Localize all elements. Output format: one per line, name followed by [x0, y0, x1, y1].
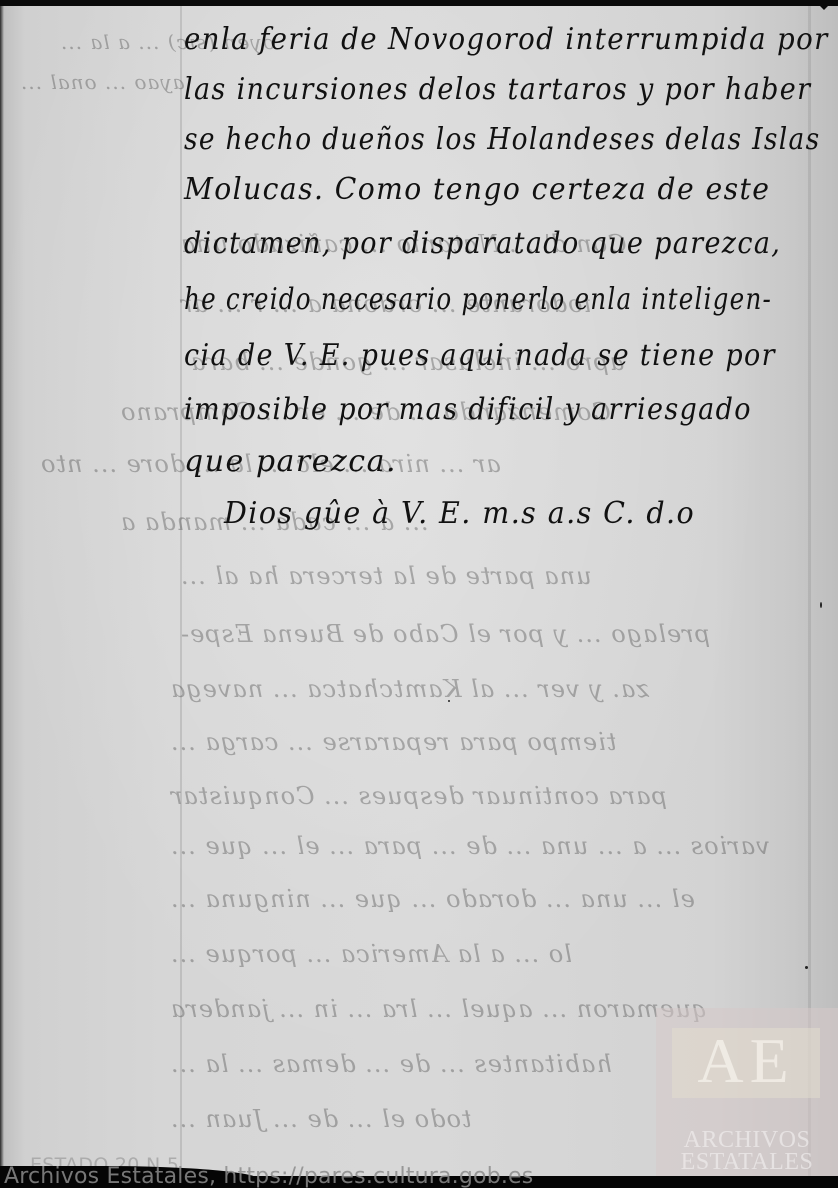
- paper-speck: [820, 602, 822, 608]
- bleed-through-line: todo el ... de ... Juan ...: [170, 1105, 472, 1133]
- manuscript-line: dictamen, por disparatado que parezca,: [184, 226, 781, 261]
- bleed-through-line: quemaron ... aquel ... lra ... in ... ja…: [170, 995, 707, 1023]
- bleed-through-line: ayao ... onal ...: [20, 70, 185, 94]
- watermark-logo-letters: AE: [676, 1026, 816, 1096]
- bleed-through-line: el ... una ... dorado ... que ... ningun…: [170, 885, 695, 913]
- bleed-through-line: za. y ver ... al Kamtchatca ... navega: [170, 675, 649, 703]
- bleed-through-line: habitantes ... de ... demas ... la ...: [170, 1050, 612, 1078]
- manuscript-page: oyen (sic) ... a la ... ayao ... onal ..…: [0, 0, 838, 1188]
- manuscript-line: he creido necesario ponerlo enla intelig…: [184, 282, 772, 317]
- scan-top-border-notch: [814, 0, 834, 10]
- bleed-through-line: para continuar despues ... Conquistar: [170, 782, 667, 810]
- page-left-edge: [0, 0, 4, 1188]
- bleed-through-line: varios ... a ... una ... de ... para ...…: [170, 832, 770, 860]
- bleed-through-line: una parte de la tercera ha al ...: [180, 562, 592, 590]
- closing-salutation: Dios gûe à V. E. m.s a.s C. d.o: [224, 496, 695, 531]
- archivos-estatales-watermark: AE ARCHIVOS ESTATALES: [656, 1008, 838, 1180]
- paper-speck: [448, 700, 450, 702]
- manuscript-line: cia de V. E. pues aqui nada se tiene por: [184, 338, 776, 373]
- manuscript-line: se hecho dueños los Holandeses delas Isl…: [184, 122, 820, 157]
- bleed-through-line: prelago ... y por el Cabo de Buena Espe-: [180, 620, 710, 648]
- scan-top-border: [0, 0, 838, 6]
- manuscript-line: que parezca.: [184, 444, 397, 479]
- manuscript-line: imposible por mas dificil y arriesgado: [184, 392, 752, 427]
- watermark-text-line2: ESTATALES: [662, 1150, 832, 1174]
- manuscript-line: enla feria de Novogorod interrumpida por: [184, 22, 829, 57]
- manuscript-line: las incursiones delos tartaros y por hab…: [184, 72, 811, 107]
- manuscript-line: Molucas. Como tengo certeza de este: [184, 172, 770, 207]
- bleed-through-line: lo ... a la America ... porque ...: [170, 940, 572, 968]
- bleed-through-line: tiempo para repararse ... carga ...: [170, 728, 616, 756]
- source-credit: Archivos Estatales, https://pares.cultur…: [4, 1164, 533, 1188]
- paper-speck: [805, 966, 808, 969]
